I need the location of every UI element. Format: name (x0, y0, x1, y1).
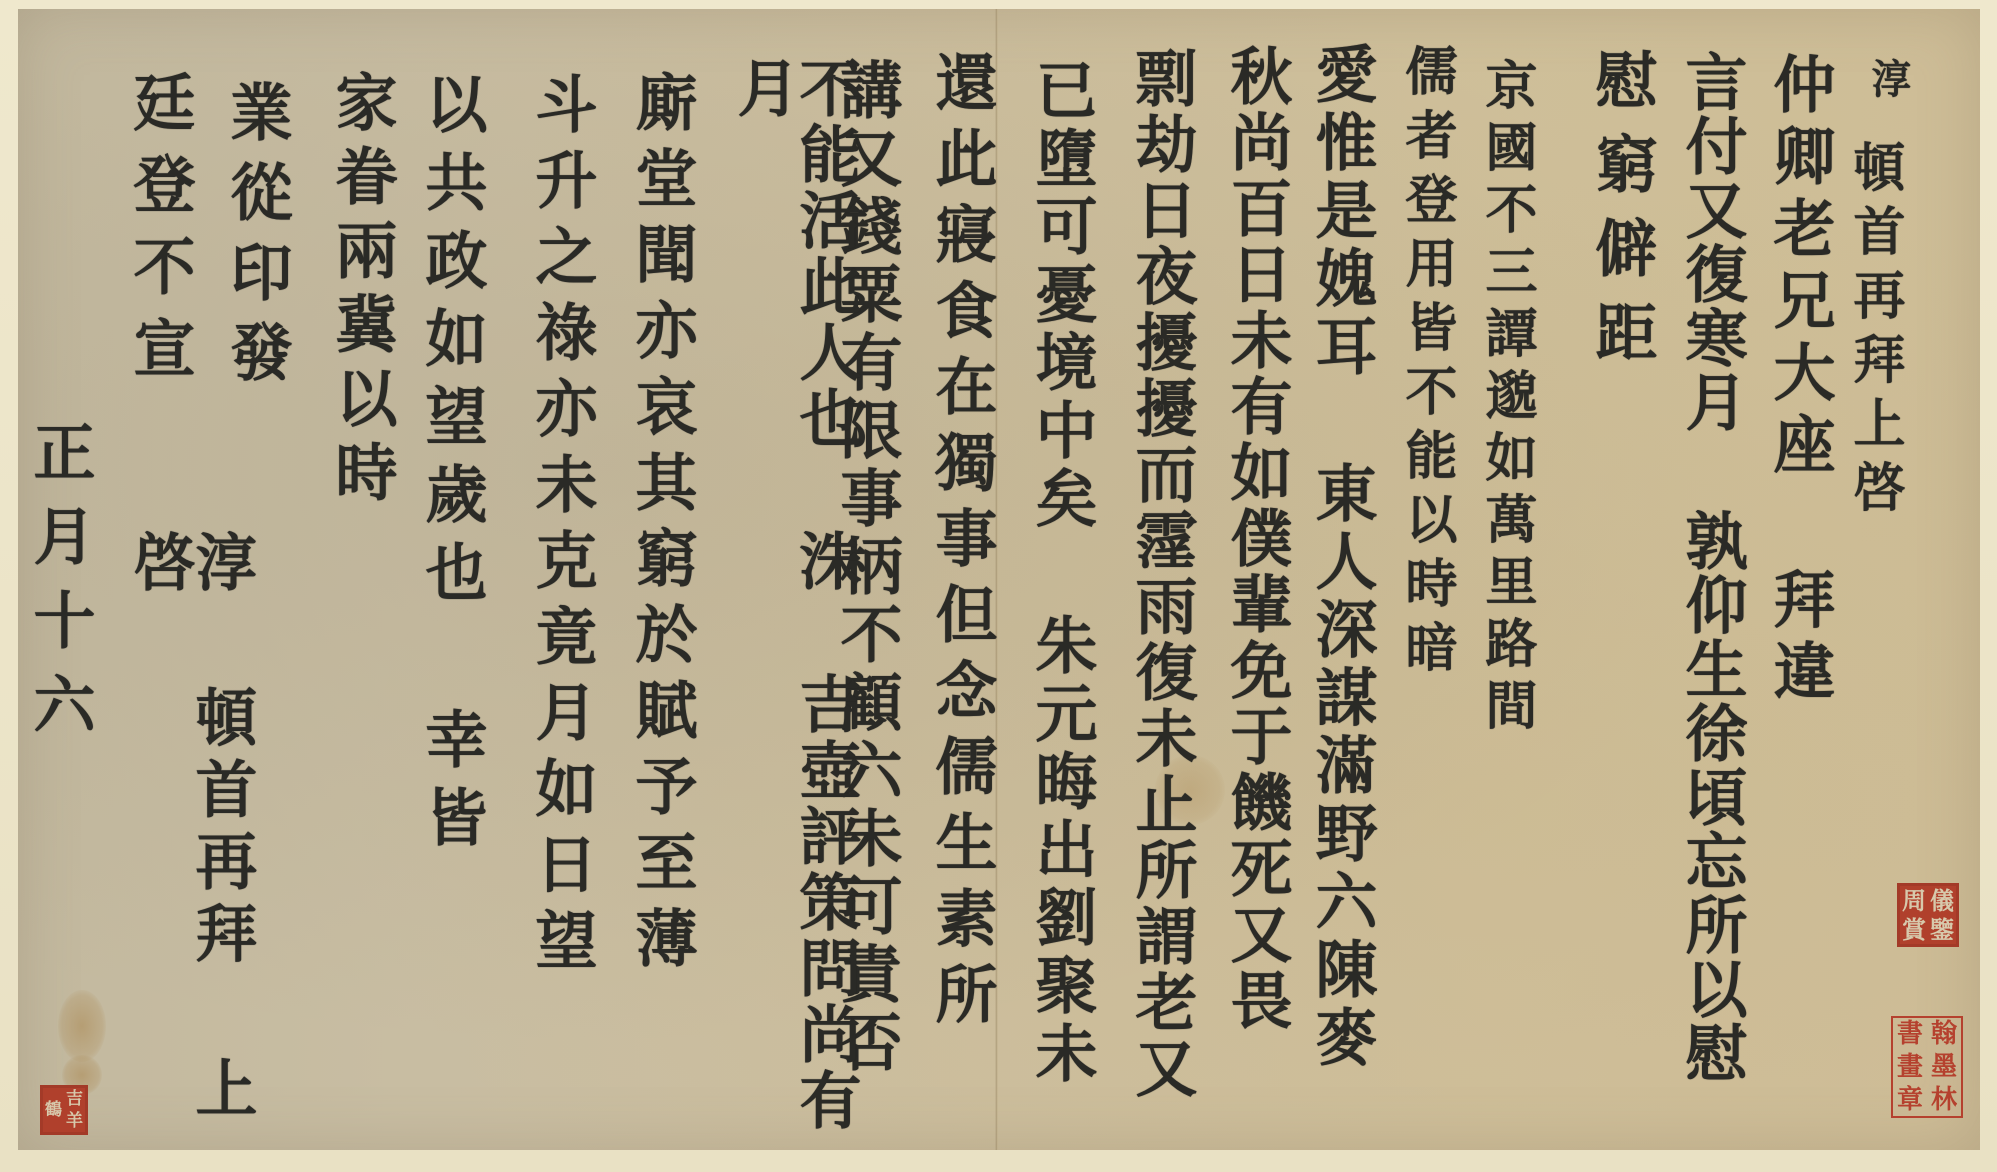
letter-column: 儒者登用皆不能以時暗 (1400, 44, 1452, 684)
letter-column: 剽劫日夜擾擾而霪雨復未止所謂老又 (1130, 46, 1192, 1102)
letter-column: 已墮可憂境中矣 朱元晦出劉聚未 (1030, 58, 1092, 1089)
seal-char: 儀 (1928, 886, 1956, 915)
seal-char: 賞 (1900, 915, 1928, 944)
seal-char: 周 (1900, 886, 1928, 915)
water-stain-left (58, 990, 106, 1062)
letter-column: 還此寢食在獨事但念儒生素所 (930, 50, 992, 1038)
signature-column: 淳 頓首再拜 上啓 (128, 530, 252, 1172)
seal-char: 鑒 (1928, 915, 1956, 944)
letter-column: 仲卿老兄大座 拜違 (1768, 52, 1830, 711)
letter-column: 廷登不宣 (128, 70, 190, 398)
seal-char: 林 (1927, 1083, 1961, 1116)
seal-char: 翰 (1927, 1018, 1961, 1051)
letter-column: 愛惟是媿耳 東人深謀滿野六陳麥 (1310, 42, 1372, 1073)
letter-column: 京國不三譚邈如萬里路間 (1480, 58, 1532, 740)
letter-column: 慰窮僻距 (1590, 48, 1652, 384)
letter-column: 淳 (1868, 58, 1908, 104)
seal-char: 畫 (1893, 1051, 1927, 1084)
letter-column: 廝堂聞亦哀其窮於賦予至薄 (630, 70, 692, 982)
letter-column: 秋尚百日未有如僕輩免于饑死又畏 (1225, 44, 1287, 1034)
seal-char: 羊 (64, 1110, 85, 1132)
seal-char: 墨 (1927, 1051, 1961, 1084)
collector-seal-top-right: 周 儀 賞 鑒 (1897, 883, 1959, 947)
letter-column: 言付又復寒月 孰仰生徐頃忘所以慰 (1680, 50, 1742, 1085)
seal-char: 鶴 (43, 1088, 64, 1132)
seal-char: 書 (1893, 1018, 1927, 1051)
collector-seal-bottom-left: 鶴 吉 羊 (40, 1085, 88, 1135)
letter-column: 家眷兩冀以時 (330, 70, 392, 514)
letter-column: 斗升之祿亦未克竟月如日望 (530, 72, 592, 984)
seal-char: 章 (1893, 1083, 1927, 1116)
letter-column: 頓首再拜上啓 (1848, 140, 1900, 524)
letter-column: 以共政如望歲也 幸皆 (420, 72, 482, 863)
letter-column: 業從印發 (225, 80, 287, 400)
letter-column: 不能活此人也 洙 吉壺評策問尚有月 (732, 56, 856, 1172)
seal-char: 吉 (64, 1088, 85, 1110)
date-column: 正月十六 (28, 420, 90, 756)
collector-seal-bottom-right: 書 翰 畫 墨 章 林 (1891, 1016, 1963, 1118)
